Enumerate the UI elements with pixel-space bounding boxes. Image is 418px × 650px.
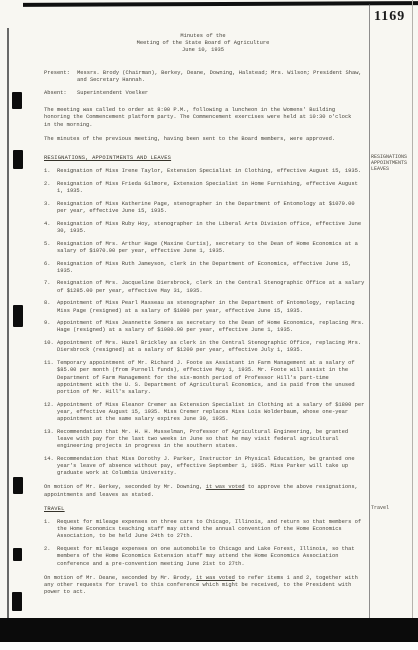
item-number: 10. (44, 340, 57, 354)
scan-right-edge (412, 0, 413, 650)
item-number: 6. (44, 261, 57, 275)
page-number: 1169 (374, 9, 405, 25)
item-text: Resignation of Mrs. Jacqueline Diersbroc… (57, 280, 367, 294)
item-text: Appointment of Mrs. Hazel Brickley as cl… (57, 340, 367, 354)
absent-row: Absent: Superintendent Voelker (44, 90, 374, 97)
list-item: 6. Resignation of Miss Ruth Jameyson, cl… (44, 261, 374, 275)
item-text: Resignation of Miss Frieda Gilmore, Exte… (57, 181, 367, 195)
item-text: Request for mileage expenses on one auto… (57, 546, 367, 568)
travel-margin-note: Travel (371, 506, 418, 512)
item-number: 13. (44, 429, 57, 451)
item-number: 2. (44, 181, 57, 195)
item-number: 1. (44, 168, 57, 175)
document-title: Minutes of the Meeting of the State Boar… (44, 33, 362, 55)
it-was-voted: it was voted (196, 575, 235, 581)
binder-mark (12, 592, 22, 611)
resignations-section-heading: RESIGNATIONS, APPOINTMENTS AND LEAVES RE… (44, 155, 362, 162)
list-item: 2. Request for mileage expenses on one a… (44, 546, 374, 568)
resignations-list: 1. Resignation of Miss Irene Taylor, Ext… (44, 168, 374, 477)
binder-mark (13, 477, 23, 494)
title-line-1: Minutes of the (44, 33, 362, 40)
travel-section-heading: TRAVEL Travel (44, 506, 362, 513)
list-item: 12. Appointment of Miss Eleanor Cremer a… (44, 402, 374, 424)
item-number: 11. (44, 360, 57, 396)
item-number: 5. (44, 241, 57, 255)
binder-mark (13, 305, 23, 327)
page-left-rule (7, 28, 9, 628)
item-number: 12. (44, 402, 57, 424)
list-item: 2. Resignation of Miss Frieda Gilmore, E… (44, 181, 374, 195)
title-line-3-date: June 10, 1935 (44, 47, 362, 54)
resignations-heading-text: RESIGNATIONS, APPOINTMENTS AND LEAVES (44, 155, 171, 161)
item-number: 14. (44, 456, 57, 478)
item-number: 1. (44, 519, 57, 541)
item-number: 7. (44, 280, 57, 294)
list-item: 7. Resignation of Mrs. Jacqueline Diersb… (44, 280, 374, 294)
list-item: 14. Recommendation that Miss Dorothy J. … (44, 456, 374, 478)
travel-motion: On motion of Mr. Deane, seconded by Mr. … (44, 575, 362, 597)
present-label: Present: (44, 70, 77, 84)
travel-list: 1. Request for mileage expenses on three… (44, 519, 374, 568)
item-text: Resignation of Miss Ruth Jameyson, clerk… (57, 261, 367, 275)
item-text: Resignation of Miss Irene Taylor, Extens… (57, 168, 367, 175)
list-item: 4. Resignation of Miss Ruby Hoy, stenogr… (44, 221, 374, 235)
list-item: 10. Appointment of Mrs. Hazel Brickley a… (44, 340, 374, 354)
intro-paragraph-2: The minutes of the previous meeting, hav… (44, 136, 356, 143)
list-item: 9. Appointment of Miss Jeannette Somers … (44, 320, 374, 334)
item-text: Resignation of Miss Ruby Hoy, stenograph… (57, 221, 367, 235)
travel-heading-text: TRAVEL (44, 506, 65, 512)
scan-bottom-margin (0, 642, 418, 650)
list-item: 1. Resignation of Miss Irene Taylor, Ext… (44, 168, 374, 175)
item-text: Request for mileage expenses on three ca… (57, 519, 367, 541)
item-text: Recommendation that Mr. H. H. Musselman,… (57, 429, 367, 451)
item-text: Resignation of Miss Katherine Page, sten… (57, 201, 367, 215)
scan-bottom-edge (0, 618, 418, 642)
binder-mark (12, 92, 22, 109)
it-was-voted: it was voted (206, 484, 245, 490)
present-names: Messrs. Brody (Chairman), Berkey, Deane,… (77, 70, 374, 84)
item-text: Temporary appointment of Mr. Richard J. … (57, 360, 367, 396)
absent-names: Superintendent Voelker (77, 90, 374, 97)
item-number: 2. (44, 546, 57, 568)
item-number: 4. (44, 221, 57, 235)
title-line-2: Meeting of the State Board of Agricultur… (44, 40, 362, 47)
present-row: Present: Messrs. Brody (Chairman), Berke… (44, 70, 374, 84)
list-item: 1. Request for mileage expenses on three… (44, 519, 374, 541)
item-number: 3. (44, 201, 57, 215)
item-text: Appointment of Miss Pearl Masseau as ste… (57, 300, 367, 314)
binder-mark (13, 150, 23, 169)
absent-label: Absent: (44, 90, 77, 97)
resignations-margin-note: RESIGNATIONS APPOINTMENTS LEAVES (371, 155, 418, 172)
item-text: Resignation of Mrs. Arthur Hage (Maxine … (57, 241, 367, 255)
list-item: 5. Resignation of Mrs. Arthur Hage (Maxi… (44, 241, 374, 255)
item-number: 9. (44, 320, 57, 334)
item-text: Appointment of Miss Jeannette Somers as … (57, 320, 367, 334)
list-item: 3. Resignation of Miss Katherine Page, s… (44, 201, 374, 215)
list-item: 13. Recommendation that Mr. H. H. Mussel… (44, 429, 374, 451)
item-text: Recommendation that Miss Dorothy J. Park… (57, 456, 367, 478)
page-content: Minutes of the Meeting of the State Boar… (44, 33, 374, 603)
scan-top-edge (23, 1, 418, 7)
list-item: 8. Appointment of Miss Pearl Masseau as … (44, 300, 374, 314)
binder-mark (13, 548, 22, 561)
resignations-motion: On motion of Mr. Berkey, seconded by Mr.… (44, 484, 362, 498)
item-text: Appointment of Miss Eleanor Cremer as Ex… (57, 402, 367, 424)
intro-paragraph-1: The meeting was called to order at 8:00 … (44, 107, 356, 129)
scanned-minutes-page: 1169 Minutes of the Meeting of the State… (0, 0, 418, 650)
list-item: 11. Temporary appointment of Mr. Richard… (44, 360, 374, 396)
item-number: 8. (44, 300, 57, 314)
